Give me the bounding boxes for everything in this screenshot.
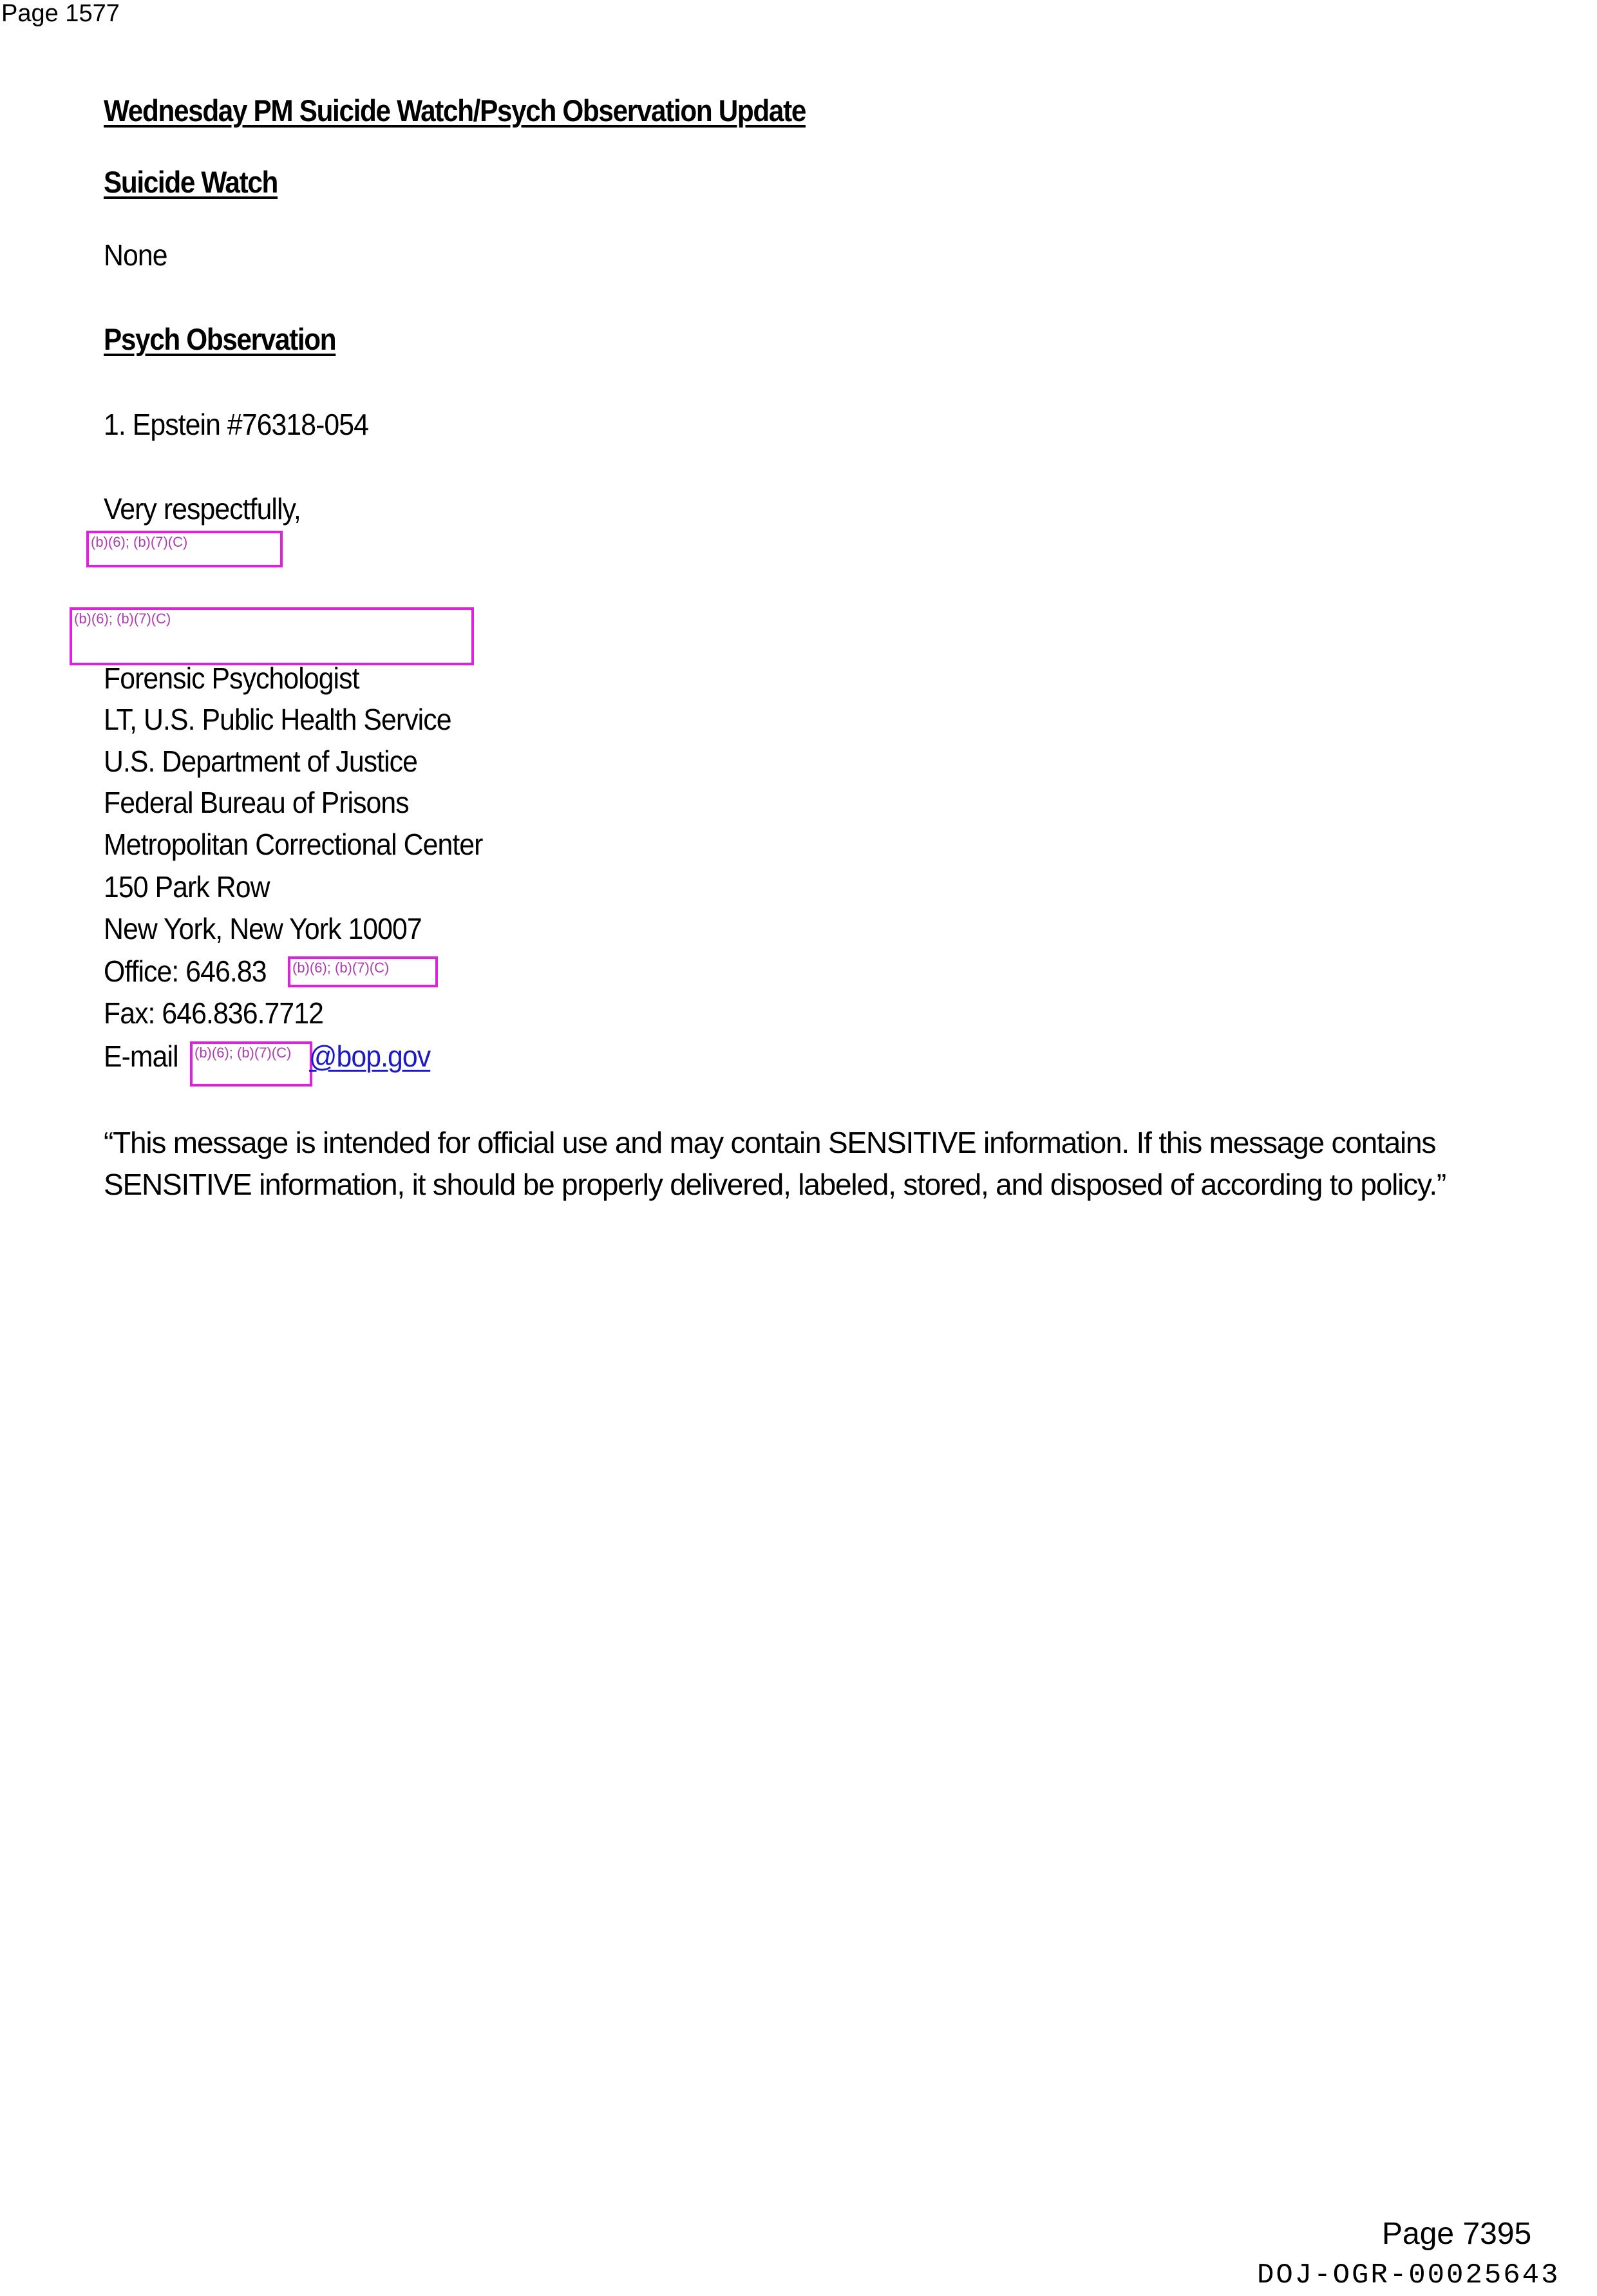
psych-observation-item: 1. Epstein #76318-054 — [104, 410, 368, 439]
closing: Very respectfully, — [104, 494, 301, 524]
signature-line-facility: Metropolitan Correctional Center — [104, 830, 482, 859]
signature-line-bureau: Federal Bureau of Prisons — [104, 788, 409, 817]
redaction-code: (b)(6); (b)(7)(C) — [194, 1046, 291, 1060]
redaction-code: (b)(6); (b)(7)(C) — [91, 535, 187, 549]
email-label: E-mail — [104, 1041, 178, 1071]
redaction-box-office-phone: (b)(6); (b)(7)(C) — [288, 956, 438, 987]
disclaimer: “This message is intended for official u… — [104, 1122, 1507, 1206]
signature-line-department: U.S. Department of Justice — [104, 746, 417, 776]
signature-line-rank: LT, U.S. Public Health Service — [104, 705, 451, 734]
redaction-box-name: (b)(6); (b)(7)(C) — [86, 531, 283, 567]
bates-number: DOJ-OGR-00025643 — [1257, 2261, 1560, 2290]
suicide-watch-value: None — [104, 240, 167, 270]
section-heading-psych-observation: Psych Observation — [104, 324, 335, 354]
redaction-code: (b)(6); (b)(7)(C) — [74, 612, 171, 626]
redaction-code: (b)(6); (b)(7)(C) — [292, 961, 389, 975]
signature-line-title: Forensic Psychologist — [104, 663, 359, 693]
redaction-box-signatory: (b)(6); (b)(7)(C) — [70, 607, 474, 665]
document-title: Wednesday PM Suicide Watch/Psych Observa… — [104, 95, 806, 126]
fax-number: Fax: 646.836.7712 — [104, 998, 323, 1028]
signature-line-street: 150 Park Row — [104, 872, 270, 902]
section-heading-suicide-watch: Suicide Watch — [104, 167, 278, 197]
email-link[interactable]: @bop.gov — [309, 1041, 430, 1071]
signature-line-city: New York, New York 10007 — [104, 914, 422, 944]
page-footer: Page 7395 — [1382, 2219, 1531, 2250]
redaction-box-email: (b)(6); (b)(7)(C) — [190, 1041, 312, 1086]
office-phone: Office: 646.83 — [104, 956, 267, 986]
page-header: Page 1577 — [1, 1, 120, 26]
